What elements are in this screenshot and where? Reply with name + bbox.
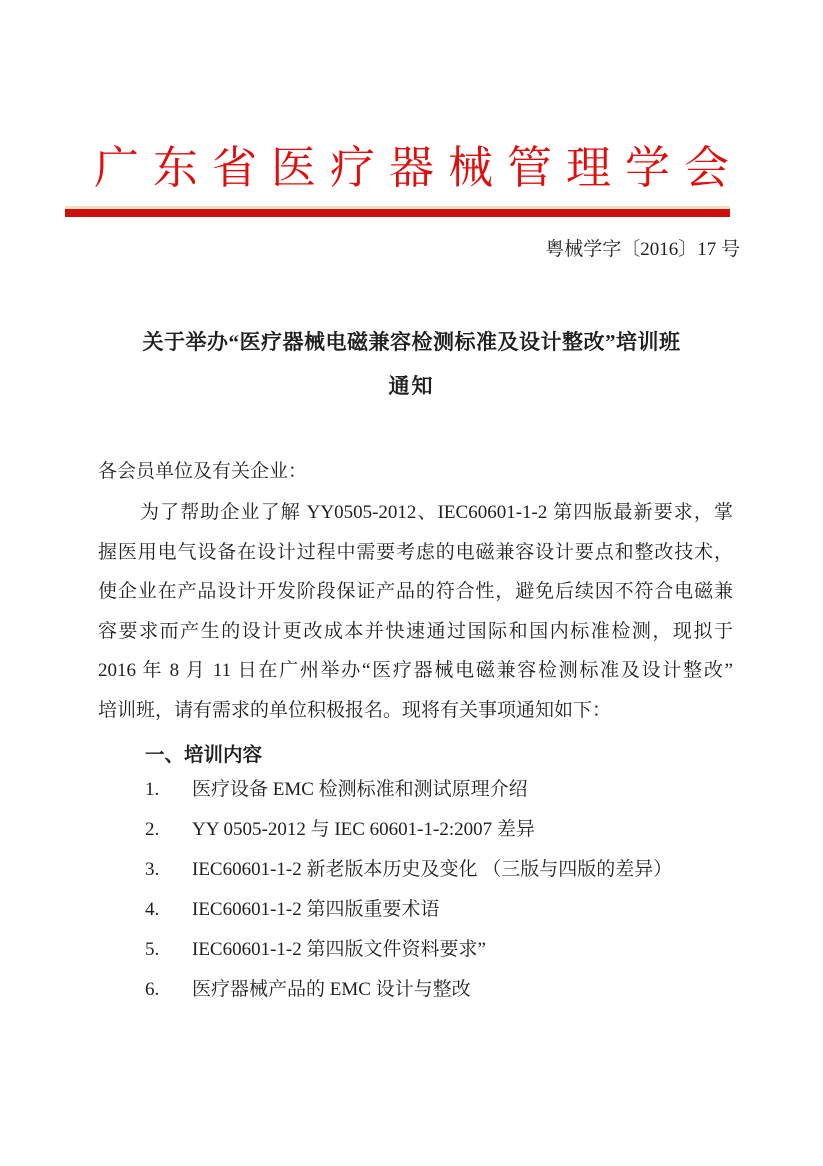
- document-number: 粤械学字〔2016〕17 号: [0, 236, 823, 263]
- list-item: 1.医疗设备 EMC 检测标准和测试原理介绍: [98, 770, 733, 810]
- item-number: 5.: [145, 930, 192, 970]
- item-text: YY 0505-2012 与 IEC 60601-1-2:2007 差异: [192, 819, 535, 840]
- intro-paragraph: 为了帮助企业了解 YY0505-2012、IEC60601-1-2 第四版最新要…: [98, 493, 733, 730]
- list-item: 3.IEC60601-1-2 新老版本历史及变化 （三版与四版的差异）: [98, 850, 733, 890]
- organization-name: 广东省医疗器械管理学会: [0, 142, 823, 194]
- list-item: 2.YY 0505-2012 与 IEC 60601-1-2:2007 差异: [98, 810, 733, 850]
- document-body: 各会员单位及有关企业： 为了帮助企业了解 YY0505-2012、IEC6060…: [0, 458, 823, 1010]
- item-number: 1.: [145, 770, 192, 810]
- paragraph-line: 容要求而产生的设计更改成本并快速通过国际和国内标准检测，现拟于: [98, 612, 733, 652]
- item-text: IEC60601-1-2 第四版文件资料要求”: [192, 939, 486, 960]
- item-text: IEC60601-1-2 第四版重要术语: [192, 899, 440, 920]
- letterhead-rule: [65, 206, 730, 217]
- paragraph-line: 使企业在产品设计开发阶段保证产品的符合性，避免后续因不符合电磁兼: [98, 572, 733, 612]
- item-text: 医疗器械产品的 EMC 设计与整改: [192, 979, 471, 1000]
- item-number: 6.: [145, 970, 192, 1010]
- salutation: 各会员单位及有关企业：: [98, 458, 733, 485]
- section-heading-training-content: 一、培训内容: [98, 742, 733, 770]
- document-page: 广东省医疗器械管理学会 粤械学字〔2016〕17 号 关于举办“医疗器械电磁兼容…: [0, 0, 823, 1166]
- paragraph-line: 为了帮助企业了解 YY0505-2012、IEC60601-1-2 第四版最新要…: [98, 493, 733, 533]
- item-text: 医疗设备 EMC 检测标准和测试原理介绍: [192, 779, 528, 800]
- item-number: 2.: [145, 810, 192, 850]
- item-number: 3.: [145, 850, 192, 890]
- paragraph-line: 2016 年 8 月 11 日在广州举办“医疗器械电磁兼容检测标准及设计整改”: [98, 651, 733, 691]
- notice-subtitle: 通知: [0, 371, 823, 401]
- paragraph-line: 握医用电气设备在设计过程中需要考虑的电磁兼容设计要点和整改技术，: [98, 533, 733, 573]
- list-item: 4.IEC60601-1-2 第四版重要术语: [98, 890, 733, 930]
- item-number: 4.: [145, 890, 192, 930]
- training-content-list: 1.医疗设备 EMC 检测标准和测试原理介绍 2.YY 0505-2012 与 …: [98, 770, 733, 1010]
- list-item: 6.医疗器械产品的 EMC 设计与整改: [98, 970, 733, 1010]
- item-text: IEC60601-1-2 新老版本历史及变化 （三版与四版的差异）: [192, 859, 672, 880]
- paragraph-line: 培训班，请有需求的单位积极报名。现将有关事项通知如下：: [98, 691, 733, 731]
- notice-title: 关于举办“医疗器械电磁兼容检测标准及设计整改”培训班: [0, 327, 823, 357]
- letterhead: 广东省医疗器械管理学会 粤械学字〔2016〕17 号: [0, 0, 823, 263]
- list-item: 5.IEC60601-1-2 第四版文件资料要求”: [98, 930, 733, 970]
